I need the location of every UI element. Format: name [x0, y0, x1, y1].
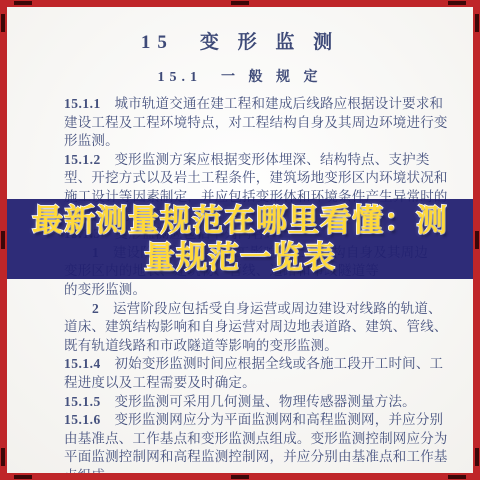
clause-text: 点组成。 — [64, 468, 119, 480]
clause-number: 15.1.1 — [64, 96, 101, 111]
clause-text: 变形监测方案应根据变形体埋深、结构特点、支护类 — [101, 152, 430, 167]
doc-line: 型、开挖方式以及岩土工程条件，建筑场地变形区内环境状况和 — [64, 169, 452, 188]
clause-text: 建设工程及工程环境特点，对工程结构自身及其周边环境进行变 — [64, 115, 448, 130]
doc-line: 由基准点、工作基点和变形监测点组成。变形监测控制网应分为 — [64, 430, 452, 449]
clause-number: 15.1.5 — [64, 394, 101, 409]
doc-line: 15.1.1 城市轨道交通在建工程和建成后线路应根据设计要求和 — [64, 95, 452, 114]
promo-banner: 最新测量规范在哪里看懂：测 量规范一览表 — [0, 199, 480, 279]
clause-text: 变形监测网应分为平面监测网和高程监测网，并应分别 — [101, 412, 444, 427]
clause-number: 15.1.6 — [64, 412, 101, 427]
clause-number: 15.1.2 — [64, 152, 101, 167]
clause-text: 变形监测可采用几何测量、物理传感器测量方法。 — [101, 394, 416, 409]
clause-text: 城市轨道交通在建工程和建成后线路应根据设计要求和 — [101, 96, 444, 111]
doc-line: 建设工程及工程环境特点，对工程结构自身及其周边环境进行变 — [64, 114, 452, 133]
document-body: 15.1.1 城市轨道交通在建工程和建成后线路应根据设计要求和 建设工程及工程环… — [64, 95, 452, 480]
doc-line: 15.1.4 初始变形监测时间应根据全线或各施工段开工时间、工 — [64, 355, 452, 374]
page: 15 变 形 监 测 15.1 一 般 规 定 15.1.1 城市轨道交通在建工… — [0, 0, 480, 480]
doc-line: 点组成。 — [64, 467, 452, 480]
doc-line: 15.1.6 变形监测网应分为平面监测网和高程监测网，并应分别 — [64, 411, 452, 430]
clause-text: 形监测。 — [64, 133, 119, 148]
doc-line: 既有轨道线路和市政隧道等影响的变形监测。 — [64, 337, 452, 356]
doc-line: 2 运营阶段应包括受自身运营或周边建设对线路的轨道、 — [64, 300, 452, 319]
doc-line: 15.1.5 变形监测可采用几何测量、物理传感器测量方法。 — [64, 393, 452, 412]
clause-text: 程进度以及工程需要及时确定。 — [64, 375, 256, 390]
clause-number: 2 — [64, 301, 99, 316]
doc-line: 形监测。 — [64, 132, 452, 151]
clause-text: 初始变形监测时间应根据全线或各施工段开工时间、工 — [101, 356, 444, 371]
promo-banner-line-1: 最新测量规范在哪里看懂：测 — [32, 202, 448, 239]
clause-text: 既有轨道线路和市政隧道等影响的变形监测。 — [64, 338, 338, 353]
clause-text: 道床、建筑结构影响和自身运营对周边地表道路、建筑、管线、 — [64, 319, 448, 334]
doc-line: 15.1.2 变形监测方案应根据变形体埋深、结构特点、支护类 — [64, 151, 452, 170]
clause-text: 的变形监测。 — [64, 282, 146, 297]
clause-number: 15.1.4 — [64, 356, 101, 371]
doc-line: 的变形监测。 — [64, 281, 452, 300]
doc-line: 道床、建筑结构影响和自身运营对周边地表道路、建筑、管线、 — [64, 318, 452, 337]
chapter-title: 15 变 形 监 测 — [0, 27, 480, 54]
clause-text: 平面监测控制网和高程监测控制网，并应分别由基准点和工作基 — [64, 449, 448, 464]
section-title: 15.1 一 般 规 定 — [0, 66, 480, 86]
clause-text: 运营阶段应包括受自身运营或周边建设对线路的轨道、 — [99, 301, 442, 316]
doc-line: 程进度以及工程需要及时确定。 — [64, 374, 452, 393]
promo-banner-line-2: 量规范一览表 — [144, 239, 336, 276]
clause-text: 型、开挖方式以及岩土工程条件，建筑场地变形区内环境状况和 — [64, 170, 448, 185]
clause-text: 由基准点、工作基点和变形监测点组成。变形监测控制网应分为 — [64, 431, 448, 446]
doc-line: 平面监测控制网和高程监测控制网，并应分别由基准点和工作基 — [64, 448, 452, 467]
